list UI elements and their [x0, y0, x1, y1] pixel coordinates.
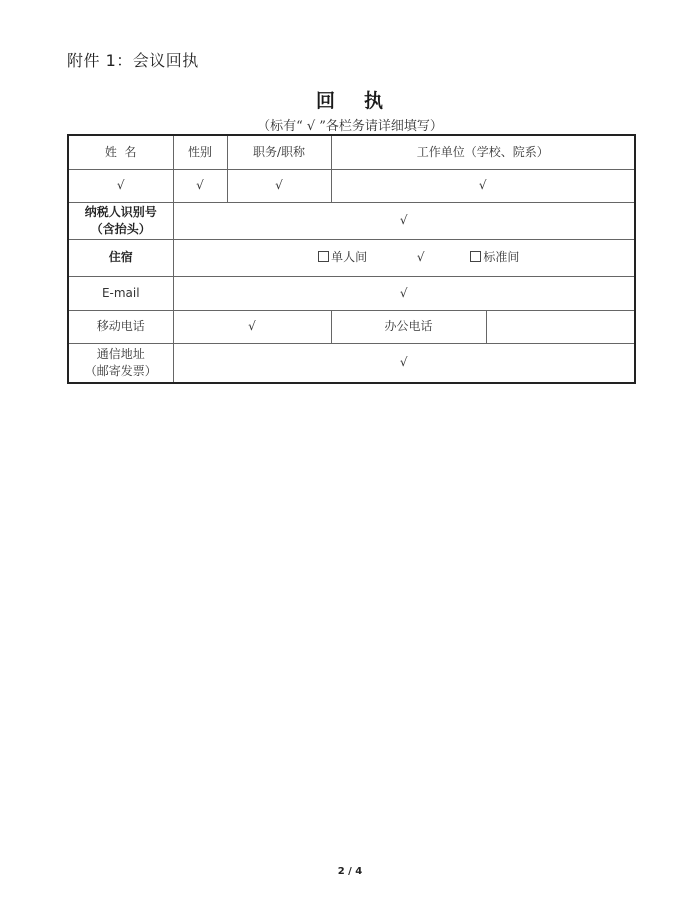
lodging-mark: √ — [417, 249, 425, 266]
mobile-phone-label: 移动电话 — [68, 310, 173, 343]
office-phone-field[interactable] — [486, 310, 635, 343]
header-position: 职务/职称 — [227, 135, 331, 169]
standard-room-label: 标准间 — [483, 250, 519, 264]
work-unit-field[interactable]: √ — [331, 169, 635, 202]
checkbox-single-room[interactable] — [318, 251, 329, 262]
taxpayer-row: 纳税人识别号 （含抬头） √ — [68, 202, 635, 239]
email-label: E-mail — [68, 276, 173, 310]
lodging-label: 住宿 — [68, 239, 173, 276]
form-title: 回执 — [0, 86, 700, 113]
header-name: 姓 名 — [68, 135, 173, 169]
lodging-option-single[interactable]: 单人间 — [318, 249, 367, 266]
header-row: 姓 名 性别 职务/职称 工作单位（学校、院系） — [68, 135, 635, 169]
taxpayer-label-line1: 纳税人识别号 — [69, 204, 173, 221]
header-gender: 性别 — [173, 135, 227, 169]
taxpayer-id-field[interactable]: √ — [173, 202, 635, 239]
lodging-options: 单人间 √ 标准间 — [173, 239, 635, 276]
office-phone-label: 办公电话 — [331, 310, 486, 343]
lodging-option-standard[interactable]: 标准间 — [470, 249, 519, 266]
phone-row: 移动电话 √ 办公电话 — [68, 310, 635, 343]
email-row: E-mail √ — [68, 276, 635, 310]
email-field[interactable]: √ — [173, 276, 635, 310]
address-label-line2: （邮寄发票） — [69, 363, 173, 380]
lodging-row: 住宿 单人间 √ 标准间 — [68, 239, 635, 276]
attachment-label: 附件 1：会议回执 — [67, 48, 199, 71]
address-label-line1: 通信地址 — [69, 346, 173, 363]
title-char-2: 执 — [364, 90, 384, 112]
position-field[interactable]: √ — [227, 169, 331, 202]
name-field[interactable]: √ — [68, 169, 173, 202]
address-row: 通信地址 （邮寄发票） √ — [68, 343, 635, 383]
title-char-1: 回 — [316, 90, 336, 112]
address-label: 通信地址 （邮寄发票） — [68, 343, 173, 383]
address-field[interactable]: √ — [173, 343, 635, 383]
reply-form-table: 姓 名 性别 职务/职称 工作单位（学校、院系） √ √ √ √ 纳税人识别号 … — [67, 134, 636, 384]
single-room-label: 单人间 — [331, 250, 367, 264]
page-number: 2 / 4 — [0, 866, 700, 877]
form-instructions: （标有“ √ ”各栏务请详细填写） — [0, 115, 700, 134]
taxpayer-label: 纳税人识别号 （含抬头） — [68, 202, 173, 239]
taxpayer-label-line2: （含抬头） — [69, 221, 173, 238]
gender-field[interactable]: √ — [173, 169, 227, 202]
mobile-phone-field[interactable]: √ — [173, 310, 331, 343]
checkbox-standard-room[interactable] — [470, 251, 481, 262]
info-row: √ √ √ √ — [68, 169, 635, 202]
header-work-unit: 工作单位（学校、院系） — [331, 135, 635, 169]
